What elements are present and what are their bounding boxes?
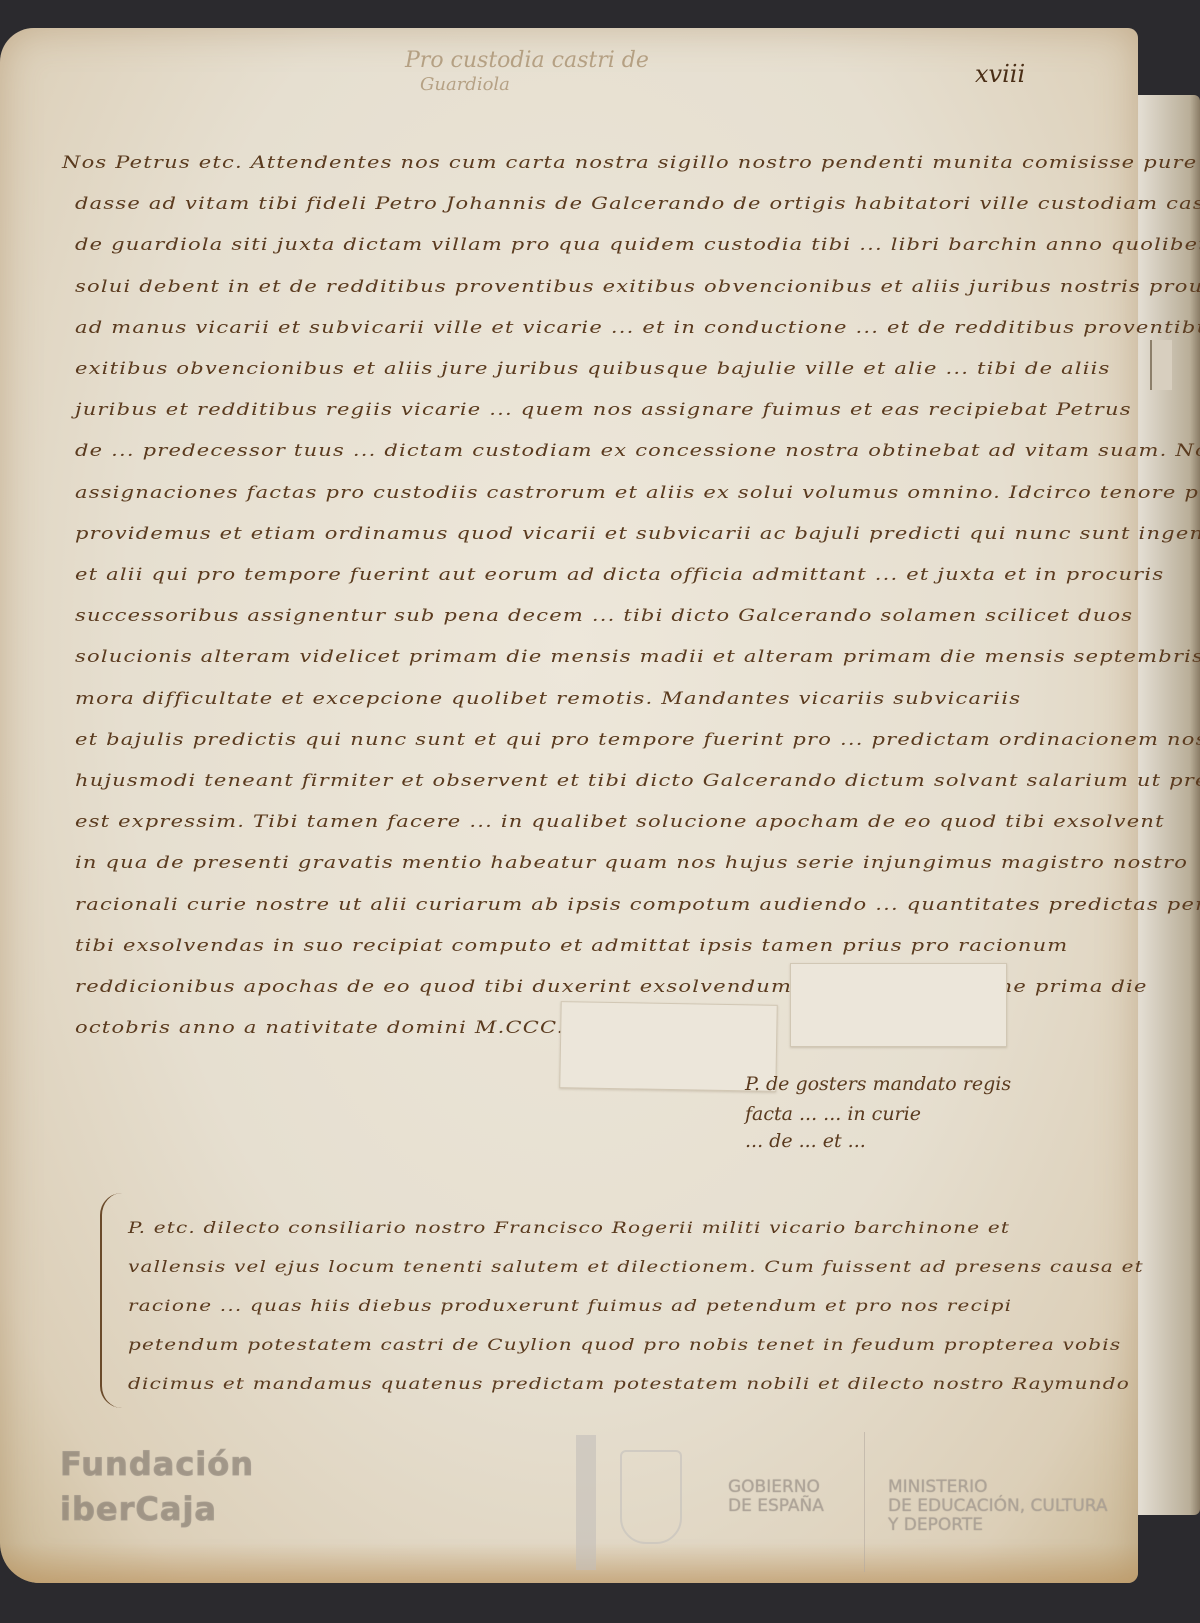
main-text-line: tibi exsolvendas in suo recipiat computo…: [75, 936, 1068, 955]
watermark-fundacion: Fundación: [60, 1445, 254, 1483]
second-entry-line: vallensis vel ejus locum tenenti salutem…: [128, 1257, 1144, 1276]
main-text-line: juribus et redditibus regiis vicarie ...…: [75, 400, 1132, 419]
watermark-ministerio: MINISTERIODE EDUCACIÓN, CULTURAY DEPORTE: [888, 1478, 1108, 1535]
watermark-gobierno: GOBIERNODE ESPAÑA: [728, 1478, 824, 1516]
main-text-line: racionali curie nostre ut alii curiarum …: [75, 895, 1200, 914]
main-text-line: dasse ad vitam tibi fideli Petro Johanni…: [75, 194, 1200, 213]
watermark-divider: [864, 1432, 865, 1572]
main-text-line: solucionis alteram videlicet primam die …: [75, 648, 1200, 667]
main-text-line: et bajulis predictis qui nunc sunt et qu…: [75, 730, 1200, 749]
main-text-line: de ... predecessor tuus ... dictam custo…: [75, 442, 1200, 461]
leaf-tab: [1150, 340, 1172, 390]
main-text-line: solui debent in et de redditibus provent…: [75, 277, 1200, 296]
main-text-line: assignaciones factas pro custodiis castr…: [75, 483, 1200, 502]
paper-repair-patch-2: [790, 963, 1007, 1047]
main-text-line: hujusmodi teneant firmiter et observent …: [75, 771, 1200, 790]
manuscript-page: Pro custodia castri de Guardiola xviii N…: [0, 28, 1138, 1583]
main-text-line: de guardiola siti juxta dictam villam pr…: [75, 236, 1200, 255]
main-text-line: est expressim. Tibi tamen facere ... in …: [75, 812, 1165, 831]
main-text-line: et alii qui pro tempore fuerint aut eoru…: [75, 565, 1164, 584]
signature-line-3: ... de ... et ...: [745, 1130, 866, 1152]
main-text-line: ad manus vicarii et subvicarii ville et …: [75, 318, 1200, 337]
signature-line-2: facta ... ... in curie: [745, 1103, 921, 1125]
second-entry-line: racione ... quas hiis diebus produxerunt…: [128, 1296, 1012, 1315]
second-entry-line: petendum potestatem castri de Cuylion qu…: [128, 1335, 1121, 1354]
main-text-line: providemus et etiam ordinamus quod vicar…: [75, 524, 1200, 543]
second-entry-line: P. etc. dilecto consiliario nostro Franc…: [128, 1218, 1010, 1237]
folio-number: xviii: [975, 60, 1025, 88]
flag-stripe: [576, 1435, 596, 1570]
coat-of-arms-icon: [620, 1450, 682, 1544]
margin-bracket: [100, 1193, 122, 1408]
main-text-line: exitibus obvencionibus et aliis jure jur…: [75, 359, 1111, 378]
signature-line-1: P. de gosters mandato regis: [745, 1073, 1011, 1095]
second-entry-line: dicimus et mandamus quatenus predictam p…: [128, 1374, 1130, 1393]
top-annotation-line-2: Guardiola: [420, 74, 510, 95]
top-annotation-line-1: Pro custodia castri de: [405, 48, 649, 73]
main-text-line: in qua de presenti gravatis mentio habea…: [75, 854, 1188, 873]
main-text-line: mora difficultate et excepcione quolibet…: [75, 689, 1021, 708]
watermark-ibercaja: iberCaja: [60, 1490, 217, 1528]
main-text-line: successoribus assignentur sub pena decem…: [75, 606, 1133, 625]
main-text-line: Nos Petrus etc. Attendentes nos cum cart…: [62, 153, 1200, 172]
